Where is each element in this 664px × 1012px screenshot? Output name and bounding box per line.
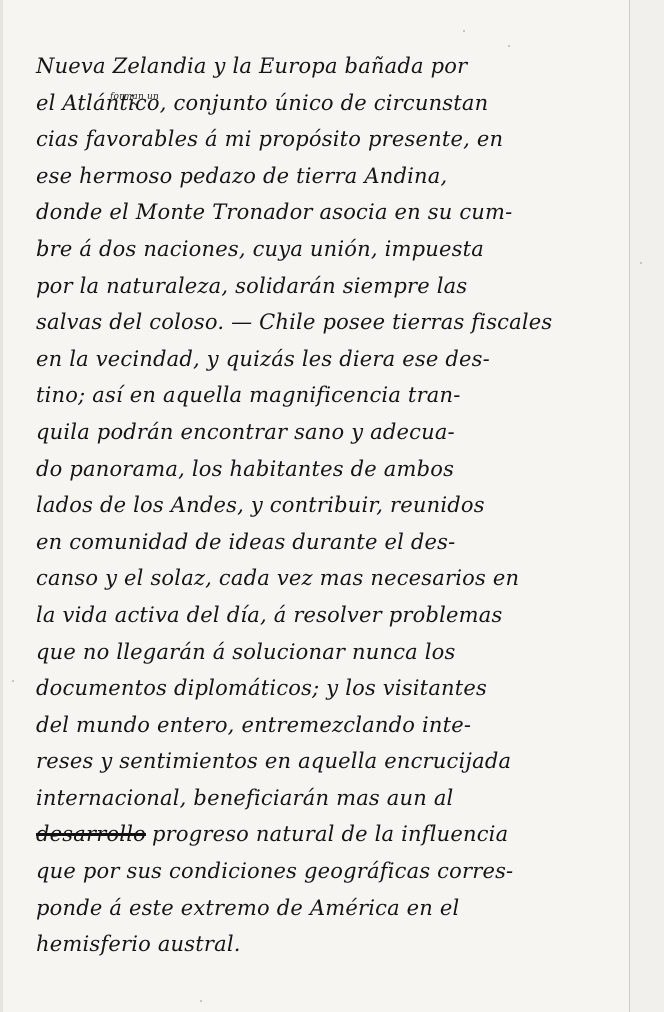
paper-speck	[200, 1000, 202, 1002]
paper-speck	[12, 680, 14, 682]
manuscript-page: Nueva Zelandia y la Europa bañada por fo…	[0, 0, 664, 1012]
page-edge-rule	[629, 0, 630, 1012]
text-line: en la vecindad, y quizás les diera ese d…	[36, 341, 626, 378]
text-line: canso y el solaz, cada vez mas necesario…	[36, 560, 626, 597]
text-line: ponde á este extremo de América en el	[36, 890, 626, 927]
text-line: cias favorables á mi propósito presente,…	[36, 121, 626, 158]
text-line: salvas del coloso. — Chile posee tierras…	[36, 304, 626, 341]
paper-speck	[640, 262, 642, 264]
text-line: bre á dos naciones, cuya unión, impuesta	[36, 231, 626, 268]
paper-speck	[508, 45, 510, 47]
text-line: hemisferio austral.	[36, 926, 626, 963]
text-line: reses y sentimientos en aquella encrucij…	[36, 743, 626, 780]
text-line: la vida activa del día, á resolver probl…	[36, 597, 626, 634]
text-line: que por sus condiciones geográficas corr…	[36, 853, 626, 890]
text-line: forman un ^ el Atlántico, conjunto único…	[36, 85, 626, 122]
text-line: en comunidad de ideas durante el des-	[36, 524, 626, 561]
text-line: internacional, beneficiarán mas aun al	[36, 780, 626, 817]
text-line: tino; así en aquella magnificencia tran-	[36, 377, 626, 414]
text-line: quila podrán encontrar sano y adecua-	[36, 414, 626, 451]
text-line: ese hermoso pedazo de tierra Andina,	[36, 158, 626, 195]
text-line: que no llegarán á solucionar nunca los	[36, 634, 626, 671]
text-line: por la naturaleza, solidarán siempre las	[36, 268, 626, 305]
text-line: donde el Monte Tronador asocia en su cum…	[36, 194, 626, 231]
text-line: documentos diplomáticos; y los visitante…	[36, 670, 626, 707]
text-line: del mundo entero, entremezclando inte-	[36, 707, 626, 744]
text-line: do panorama, los habitantes de ambos	[36, 451, 626, 488]
page-left-edge	[0, 0, 3, 1012]
paper-speck	[463, 30, 465, 32]
page-margin-right	[630, 0, 664, 1012]
struck-through-word: desarrollo	[36, 822, 146, 846]
handwritten-text-block: Nueva Zelandia y la Europa bañada por fo…	[36, 48, 626, 963]
text-line: lados de los Andes, y contribuir, reunid…	[36, 487, 626, 524]
text-line: desarrolloprogreso natural de la influen…	[36, 816, 626, 853]
